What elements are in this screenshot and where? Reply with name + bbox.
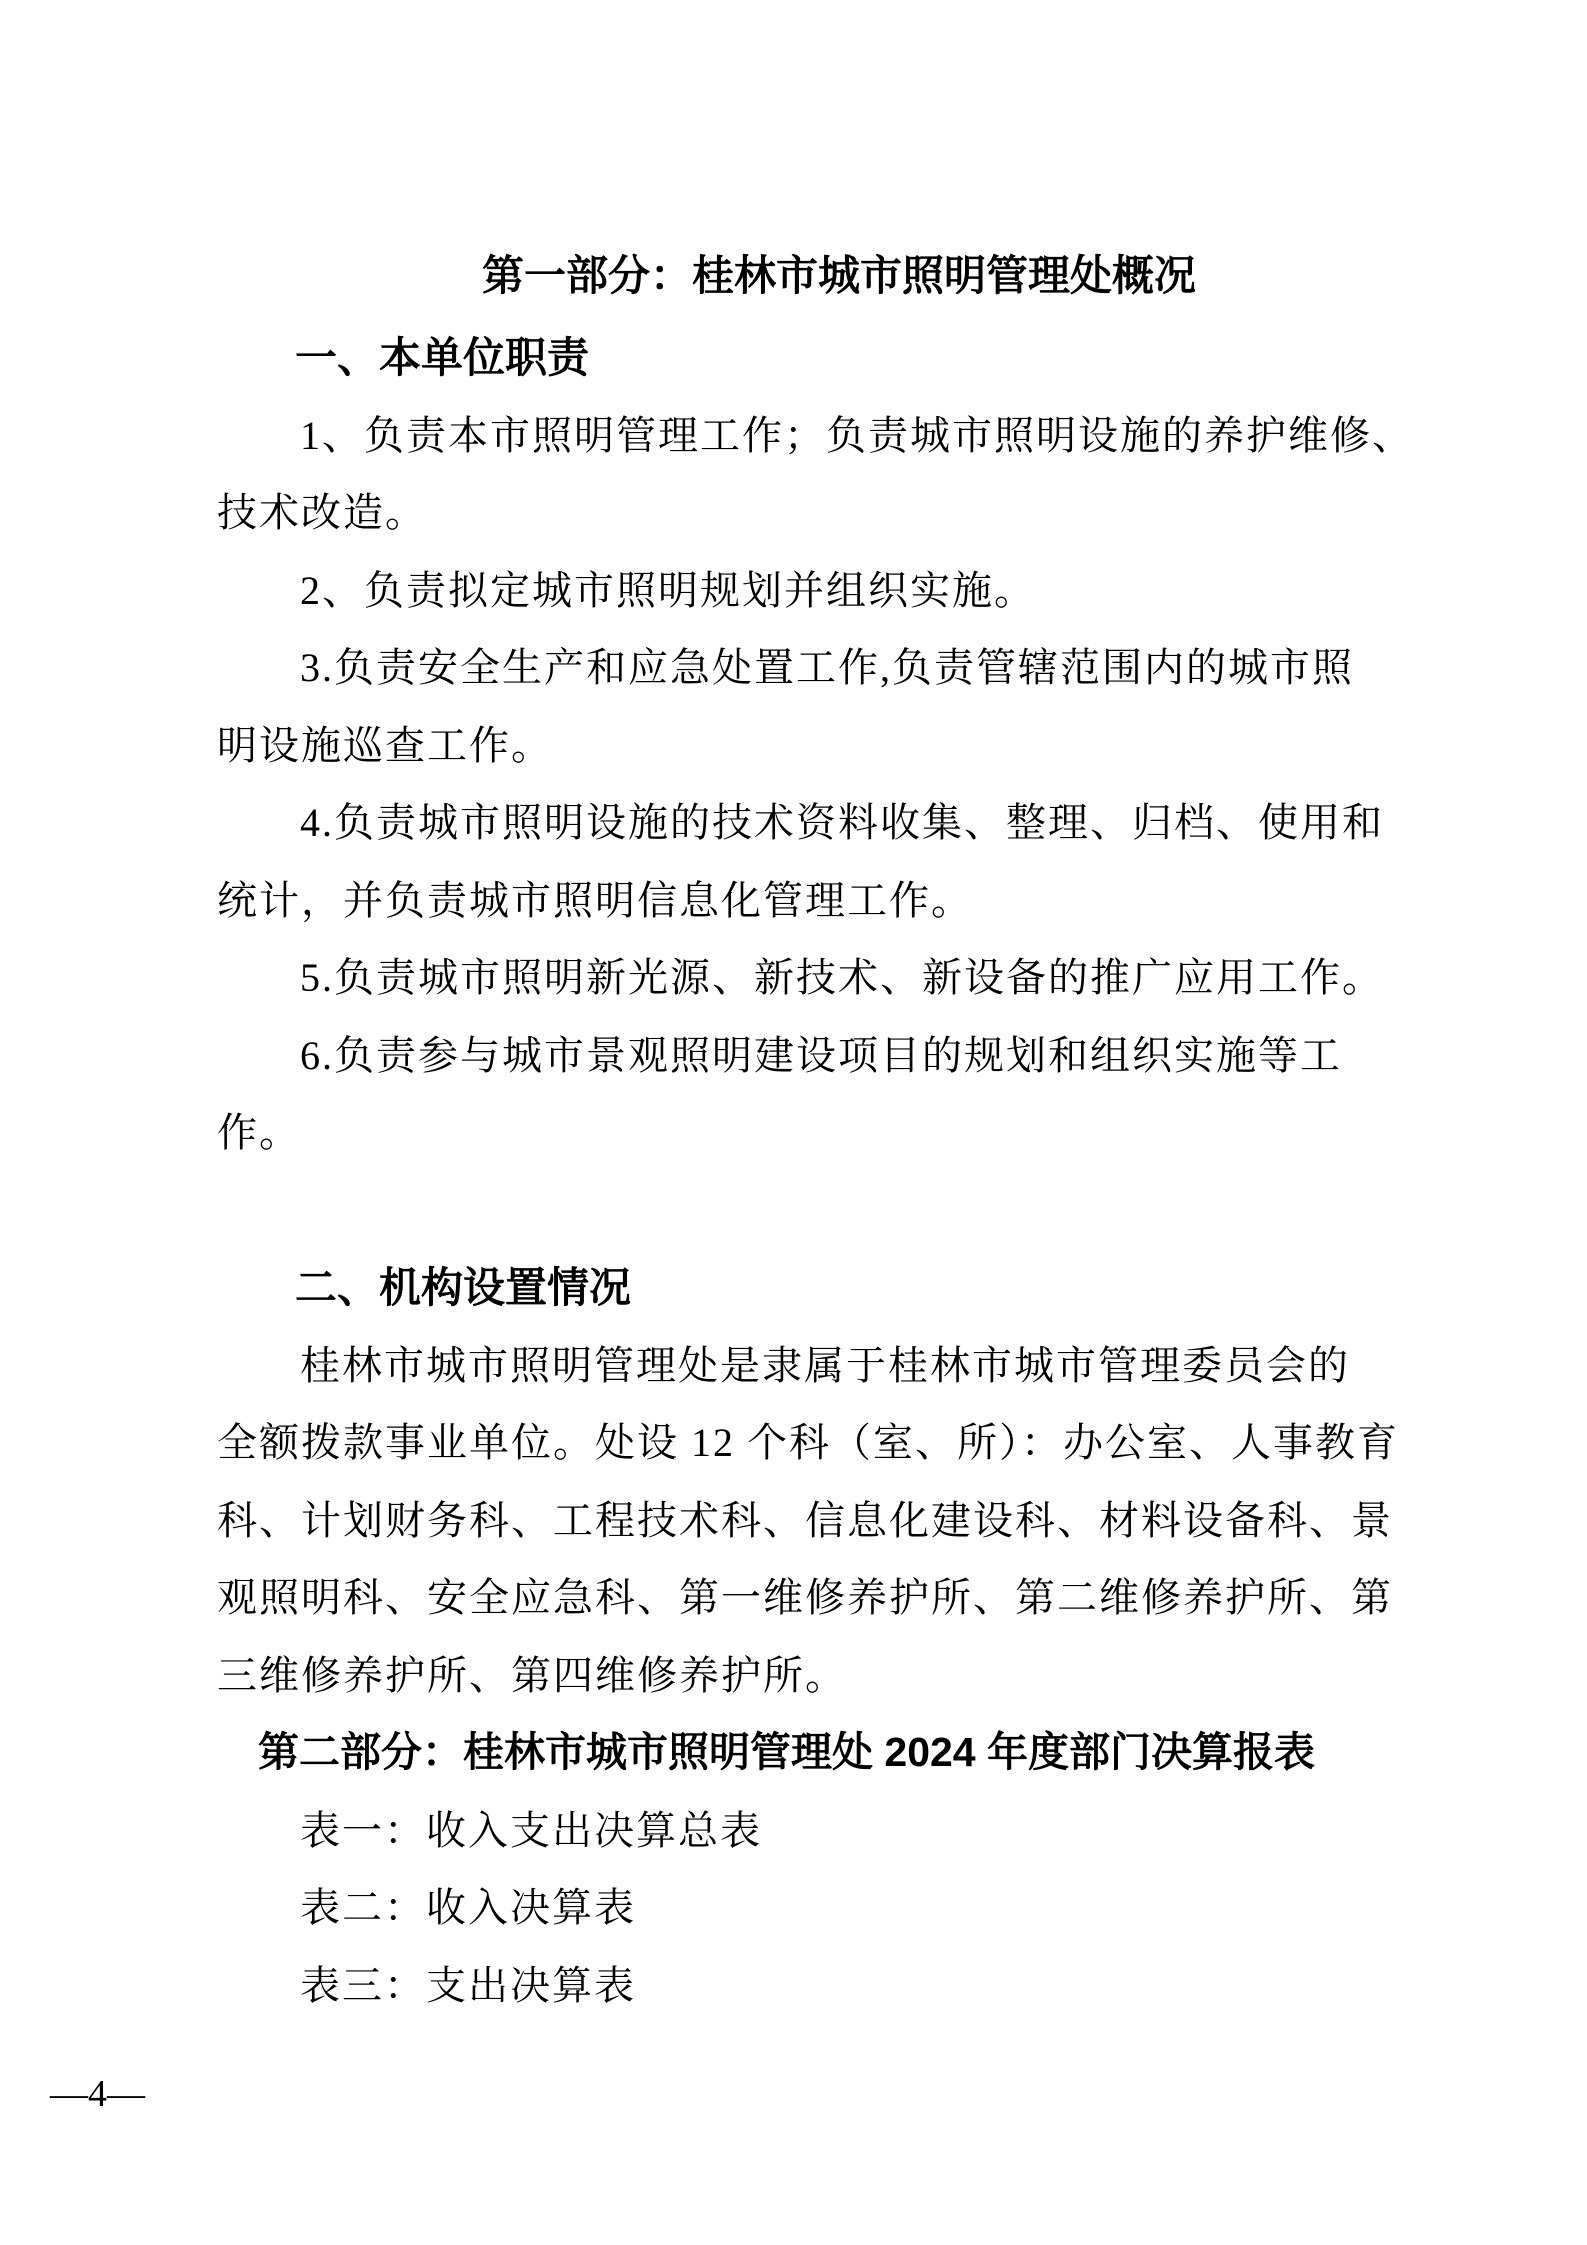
page-number: —4— [50,2056,1587,2134]
document-lines: 第一部分：桂林市城市照明管理处概况一、本单位职责1、负责本市照明管理工作；负责城… [0,0,1587,2024]
text-line: 2、负责拟定城市照明规划并组织实施。 [300,552,1387,630]
text-line: 3.负责安全生产和应急处置工作,负责管辖范围内的城市照 [300,629,1387,707]
text-line: 4.负责城市照明设施的技术资料收集、整理、归档、使用和 [300,784,1387,862]
text-line: 6.负责参与城市景观照明建设项目的规划和组织实施等工 [300,1017,1387,1095]
text-line: 明设施巡查工作。 [217,707,1387,785]
text-line: 三维修养护所、第四维修养护所。 [217,1637,1387,1715]
blank-line [217,1172,1387,1250]
text-line: 1、负责本市照明管理工作；负责城市照明设施的养护维修、 [300,397,1387,475]
text-line: 表二：收入决算表 [300,1869,1387,1947]
text-line: 统计，并负责城市照明信息化管理工作。 [217,862,1387,940]
text-line: 科、计划财务科、工程技术科、信息化建设科、材料设备科、景 [217,1482,1387,1560]
section-heading: 一、本单位职责 [295,319,1387,397]
text-line: 技术改造。 [217,474,1387,552]
text-line: 观照明科、安全应急科、第一维修养护所、第二维修养护所、第 [217,1559,1387,1637]
part2-title: 第二部分：桂林市城市照明管理处 2024 年度部门决算报表 [258,1714,1387,1792]
text-line: 表一：收入支出决算总表 [300,1792,1387,1870]
text-line: 桂林市城市照明管理处是隶属于桂林市城市管理委员会的 [300,1327,1387,1405]
document-page: 第一部分：桂林市城市照明管理处概况一、本单位职责1、负责本市照明管理工作；负责城… [0,0,1587,2245]
text-line: 全额拨款事业单位。处设 12 个科（室、所）：办公室、人事教育 [217,1404,1387,1482]
text-line: 表三：支出决算表 [300,1947,1387,2025]
part1-title: 第一部分：桂林市城市照明管理处概况 [482,232,1387,319]
section-heading: 二、机构设置情况 [295,1249,1387,1327]
text-line: 作。 [217,1094,1387,1172]
text-line: 5.负责城市照明新光源、新技术、新设备的推广应用工作。 [300,939,1387,1017]
